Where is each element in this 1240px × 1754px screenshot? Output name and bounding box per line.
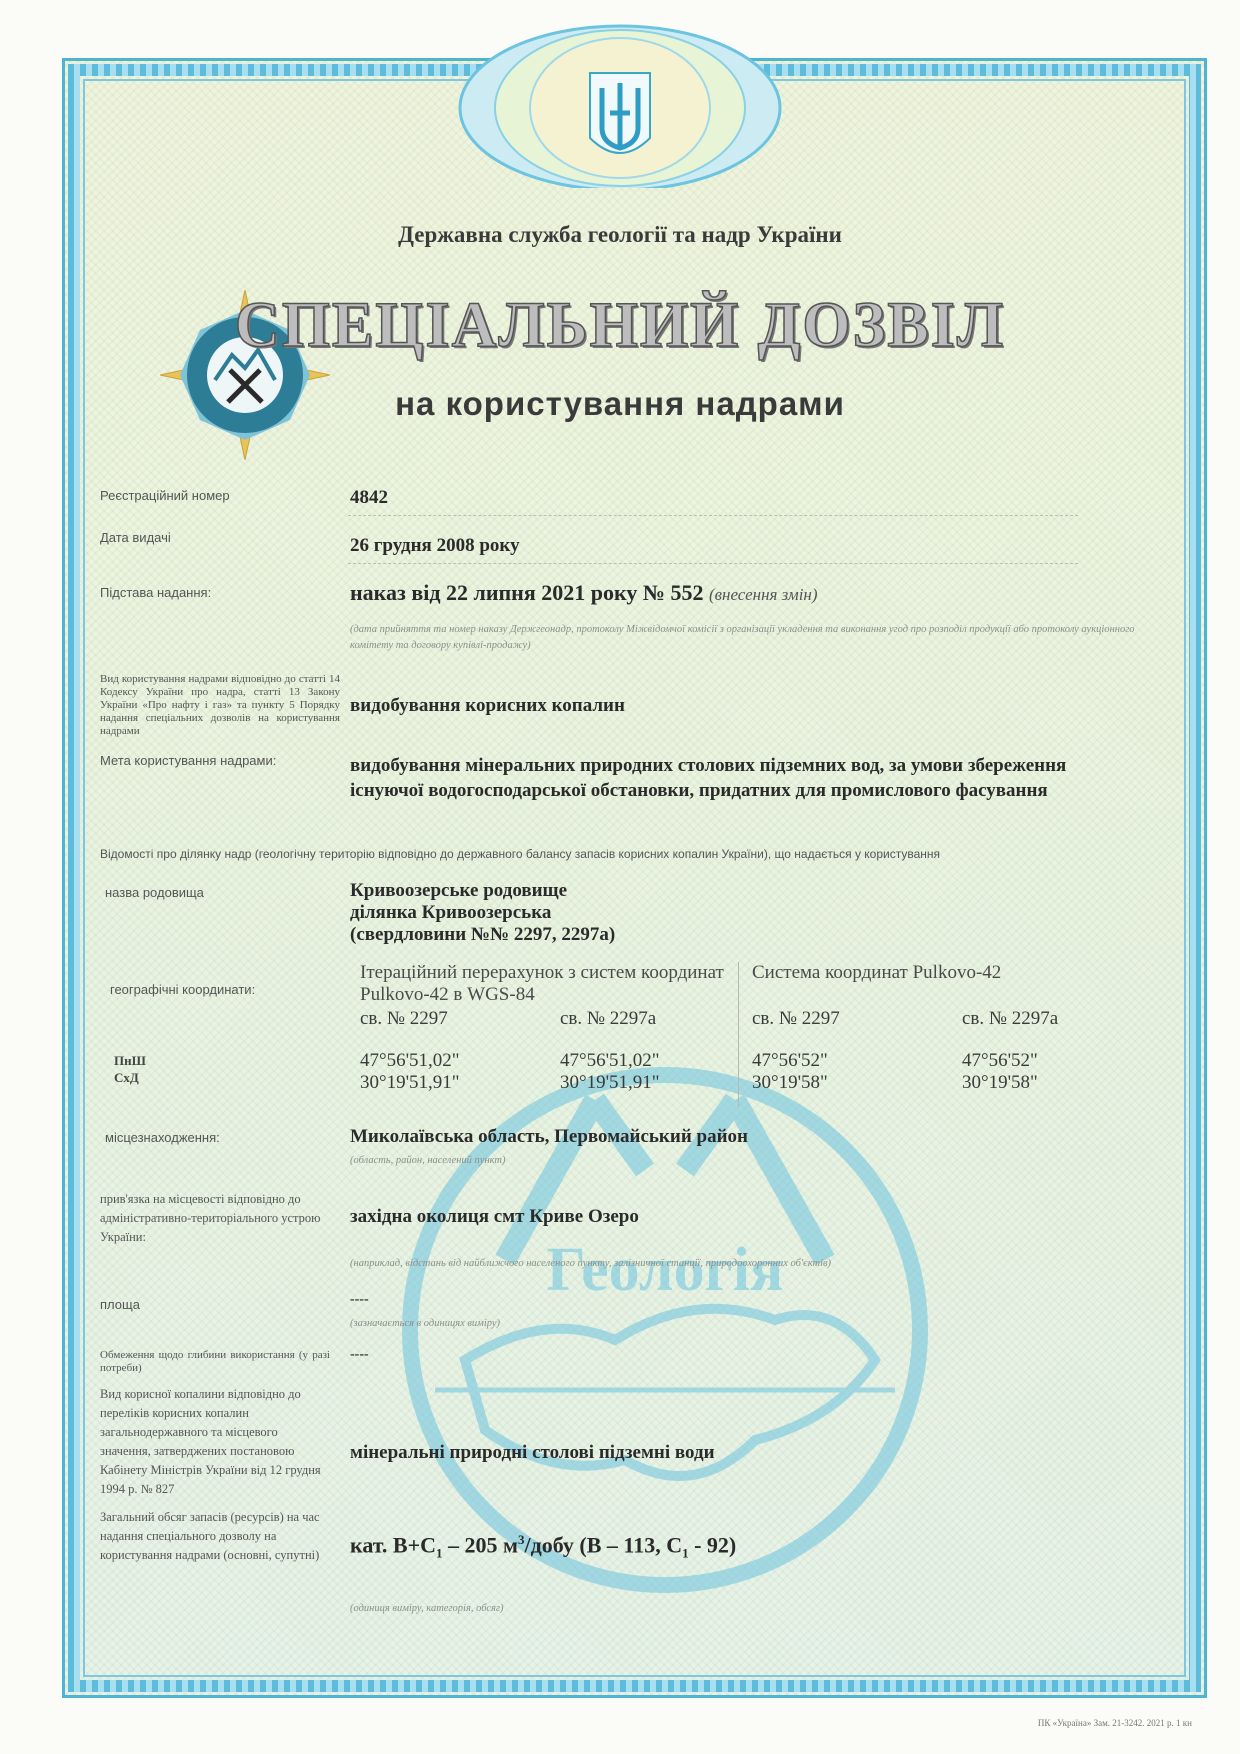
wgs84-well-2297a-lat: 47°56'51,02" [560, 1050, 660, 1072]
site-info-heading: Відомості про ділянку надр (геологічну т… [100, 847, 940, 861]
pulkovo-well-2297a-name: св. № 2297а [962, 1008, 1058, 1030]
deposit-name-label: назва родовища [105, 885, 204, 900]
coord-group-pulkovo-heading: Система координат Pulkovo-42 [752, 962, 1001, 984]
reg-number-value: 4842 [350, 487, 388, 509]
depth-limit-label: Обмеження щодо глибини використання (у р… [100, 1349, 330, 1375]
reserves-label: Загальний обсяг запасів (ресурсів) на ча… [100, 1508, 330, 1565]
printer-imprint: ПК «Україна» Зам. 21-3242. 2021 р. 1 кн [1038, 1718, 1192, 1728]
trident-coat-of-arms-icon [450, 18, 790, 188]
wgs84-well-2297a-name: св. № 2297а [560, 1008, 656, 1030]
wgs84-well-2297-name: св. № 2297 [360, 1008, 448, 1030]
pulkovo-well-2297-lat: 47°56'52" [752, 1050, 828, 1072]
deposit-name-line-1: Кривоозерське родовище [350, 880, 567, 902]
purpose-label: Мета користування надрами: [100, 753, 276, 768]
coord-group-wgs84-heading: Ітераційний перерахунок з систем координ… [360, 962, 730, 1006]
binding-hint: (наприклад, відстань від найближчого нас… [350, 1256, 831, 1272]
basis-order: наказ від 22 липня 2021 року № 552 [350, 580, 703, 605]
mineral-type-value: мінеральні природні столові підземні вод… [350, 1442, 715, 1464]
reg-number-label: Реєстраційний номер [100, 488, 230, 503]
reserves-part: кат. В+С [350, 1532, 436, 1557]
divider [348, 563, 1078, 564]
reserves-part: /добу (В – 113, С [525, 1532, 683, 1557]
binding-label: прив'язка на місцевості відповідно до ад… [100, 1190, 330, 1247]
reserves-value: кат. В+С1 – 205 м3/добу (В – 113, С1 - 9… [350, 1532, 736, 1562]
location-label: місцезнаходження: [105, 1130, 220, 1145]
pulkovo-well-2297-name: св. № 2297 [752, 1008, 840, 1030]
pulkovo-well-2297-lon: 30°19'58" [752, 1072, 828, 1094]
purpose-value: видобування мінеральних природних столов… [350, 753, 1070, 803]
reserves-hint: (одиниця виміру, категорія, обсяг) [350, 1601, 504, 1617]
issue-date-label: Дата видачі [100, 530, 171, 545]
wgs84-well-2297-lon: 30°19'51,91" [360, 1072, 460, 1094]
wgs84-well-2297a-lon: 30°19'51,91" [560, 1072, 660, 1094]
reserves-part: – 205 м [443, 1532, 519, 1557]
binding-value: західна околиця смт Криве Озеро [350, 1206, 639, 1228]
usage-type-label: Вид користування надрами відповідно до с… [100, 673, 340, 738]
divider [348, 515, 1078, 516]
reserves-part: - 92) [689, 1532, 737, 1557]
basis-value: наказ від 22 липня 2021 року № 552 (внес… [350, 580, 818, 606]
coordinates-label: географічні координати: [110, 982, 255, 997]
pulkovo-well-2297a-lat: 47°56'52" [962, 1050, 1038, 1072]
area-hint: (зазначається в одиницях виміру) [350, 1316, 500, 1332]
basis-note: (внесення змін) [709, 585, 818, 604]
lat-row-label: ПнШ [114, 1053, 146, 1069]
issuing-agency: Державна служба геології та надр України [0, 222, 1240, 248]
wgs84-well-2297-lat: 47°56'51,02" [360, 1050, 460, 1072]
basis-label: Підстава надання: [100, 585, 211, 600]
coordinates-separator [738, 962, 739, 1107]
area-label: площа [100, 1297, 140, 1312]
deposit-name-line-3: (свердловини №№ 2297, 2297а) [350, 924, 615, 946]
document-title: СПЕЦІАЛЬНИЙ ДОЗВІЛ [0, 288, 1240, 363]
mineral-type-label: Вид корисної копалини відповідно до пере… [100, 1385, 330, 1499]
depth-limit-value: ---- [350, 1347, 369, 1363]
pulkovo-well-2297a-lon: 30°19'58" [962, 1072, 1038, 1094]
usage-type-value: видобування корисних копалин [350, 695, 625, 717]
lon-row-label: СхД [114, 1070, 139, 1086]
basis-hint: (дата прийняття та номер наказу Держгеон… [350, 622, 1160, 654]
deposit-name-line-2: ділянка Кривоозерська [350, 902, 551, 924]
location-hint: (область, район, населений пункт) [350, 1153, 506, 1169]
location-value: Миколаївська область, Первомайський райо… [350, 1126, 748, 1148]
issue-date-value: 26 грудня 2008 року [350, 535, 520, 557]
area-value: ---- [350, 1292, 369, 1308]
document-subtitle: на користування надрами [0, 385, 1240, 423]
